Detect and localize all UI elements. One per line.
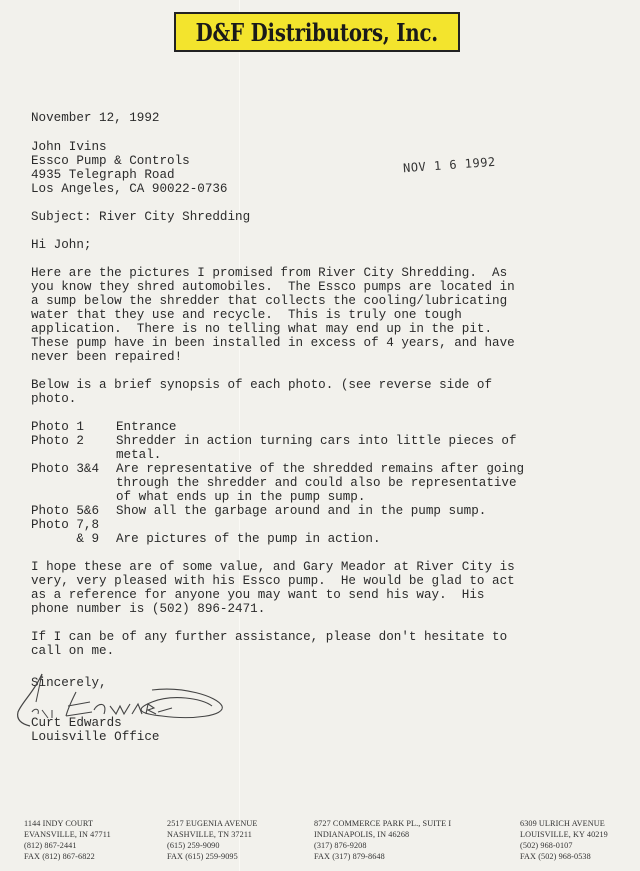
- subject-line: Subject: River City Shredding: [31, 210, 250, 224]
- photo-label: Photo 5&6: [31, 504, 116, 518]
- recipient-name: John Ivins: [31, 140, 107, 154]
- paragraph-line: phone number is (502) 896-2471.: [31, 602, 265, 616]
- recipient-street: 4935 Telegraph Road: [31, 168, 175, 182]
- office-fax: FAX (812) 867-6822: [24, 851, 111, 862]
- photo-description: Are pictures of the pump in action.: [116, 532, 381, 546]
- footer-office-3: 8727 COMMERCE PARK PL., SUITE IINDIANAPO…: [314, 818, 451, 862]
- photo-list-item: Photo 3&4Are representative of the shred…: [31, 462, 116, 476]
- office-street: 2517 EUGENIA AVENUE: [167, 818, 257, 829]
- paragraph-line: I hope these are of some value, and Gary…: [31, 560, 515, 574]
- photo-description: Are representative of the shredded remai…: [116, 462, 524, 504]
- office-city: INDIANAPOLIS, IN 46268: [314, 829, 451, 840]
- photo-list-item: Photo 5&6Show all the garbage around and…: [31, 504, 116, 518]
- photo-label: & 9: [31, 532, 116, 546]
- paragraph-line: photo.: [31, 392, 76, 406]
- photo-description: Show all the garbage around and in the p…: [116, 504, 486, 518]
- letter-date: November 12, 1992: [31, 111, 159, 125]
- photo-list-item: Photo 7,8: [31, 518, 116, 532]
- signer-name: Curt Edwards: [31, 716, 122, 730]
- photo-list-item: Photo 2Shredder in action turning cars i…: [31, 434, 116, 448]
- office-phone: (615) 259-9090: [167, 840, 257, 851]
- paragraph-line: very, very pleased with his Essco pump. …: [31, 574, 515, 588]
- paragraph-line: you know they shred automobiles. The Ess…: [31, 280, 515, 294]
- paragraph-line: call on me.: [31, 644, 114, 658]
- received-date-stamp: NOV 1 6 1992: [403, 155, 496, 175]
- office-fax: FAX (502) 968-0538: [520, 851, 608, 862]
- photo-list-item: & 9Are pictures of the pump in action.: [31, 532, 116, 546]
- paragraph-line: as a reference for anyone you may want t…: [31, 588, 484, 602]
- company-name: D&F Distributors, Inc.: [196, 18, 438, 47]
- office-street: 8727 COMMERCE PARK PL., SUITE I: [314, 818, 451, 829]
- company-logo: D&F Distributors, Inc.: [174, 12, 460, 52]
- office-phone: (812) 867-2441: [24, 840, 111, 851]
- office-fax: FAX (317) 879-8648: [314, 851, 451, 862]
- photo-description: Entrance: [116, 420, 176, 434]
- paragraph-line: a sump below the shredder that collects …: [31, 294, 507, 308]
- footer-office-2: 2517 EUGENIA AVENUENASHVILLE, TN 37211(6…: [167, 818, 257, 862]
- office-city: NASHVILLE, TN 37211: [167, 829, 257, 840]
- office-fax: FAX (615) 259-9095: [167, 851, 257, 862]
- footer-office-4: 6309 ULRICH AVENUELOUISVILLE, KY 40219(5…: [520, 818, 608, 862]
- paragraph-line: These pump have in been installed in exc…: [31, 336, 515, 350]
- office-street: 6309 ULRICH AVENUE: [520, 818, 608, 829]
- office-city: LOUISVILLE, KY 40219: [520, 829, 608, 840]
- paragraph-line: application. There is no telling what ma…: [31, 322, 492, 336]
- photo-label: Photo 3&4: [31, 462, 116, 476]
- paragraph-line: If I can be of any further assistance, p…: [31, 630, 507, 644]
- letter-page: D&F Distributors, Inc. November 12, 1992…: [0, 0, 640, 871]
- signer-office: Louisville Office: [31, 730, 159, 744]
- photo-label: Photo 7,8: [31, 518, 116, 532]
- salutation: Hi John;: [31, 238, 91, 252]
- paragraph-line: Below is a brief synopsis of each photo.…: [31, 378, 492, 392]
- footer-office-1: 1144 INDY COURTEVANSVILLE, IN 47711(812)…: [24, 818, 111, 862]
- paragraph-line: water that they use and recycle. This is…: [31, 308, 462, 322]
- photo-list-item: Photo 1Entrance: [31, 420, 116, 434]
- photo-description: Shredder in action turning cars into lit…: [116, 434, 517, 462]
- office-street: 1144 INDY COURT: [24, 818, 111, 829]
- office-phone: (502) 968-0107: [520, 840, 608, 851]
- office-city: EVANSVILLE, IN 47711: [24, 829, 111, 840]
- photo-label: Photo 1: [31, 420, 116, 434]
- photo-label: Photo 2: [31, 434, 116, 448]
- office-phone: (317) 876-9208: [314, 840, 451, 851]
- paragraph-line: Here are the pictures I promised from Ri…: [31, 266, 507, 280]
- recipient-company: Essco Pump & Controls: [31, 154, 190, 168]
- recipient-city: Los Angeles, CA 90022-0736: [31, 182, 228, 196]
- paragraph-line: never been repaired!: [31, 350, 182, 364]
